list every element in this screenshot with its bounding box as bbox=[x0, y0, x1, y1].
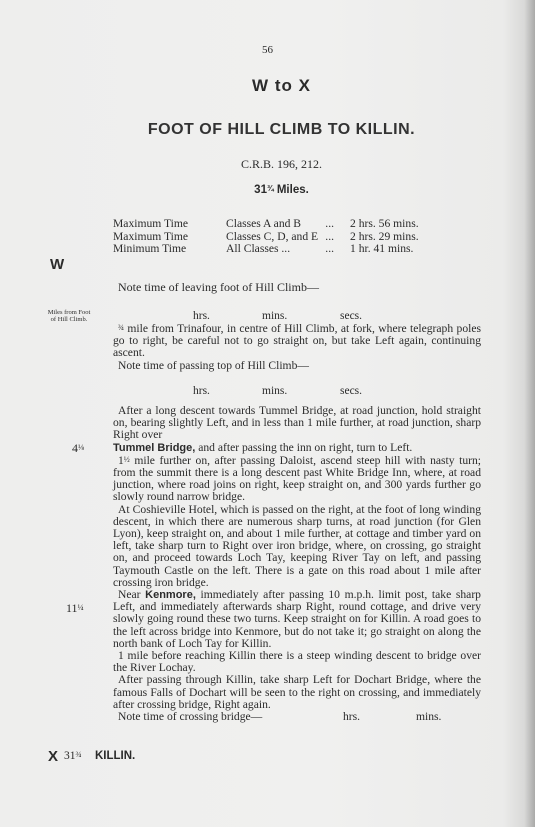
trinafour-paragraph: ¾ mile from Trinafour, in centre of Hill… bbox=[113, 322, 481, 372]
book-page: 56 W to X FOOT OF HILL CLIMB TO KILLIN. … bbox=[0, 0, 535, 827]
daloist-paragraph: 1½ mile further on, after passing Dalois… bbox=[113, 454, 481, 504]
route-distance: 31¾ Miles. bbox=[0, 184, 535, 196]
lochay-paragraph: 1 mile before reaching Killin there is a… bbox=[113, 650, 481, 674]
page-number: 56 bbox=[0, 44, 535, 56]
route-title: FOOT OF HILL CLIMB TO KILLIN. bbox=[0, 121, 535, 139]
section-heading: W to X bbox=[0, 76, 535, 96]
end-marker: X bbox=[48, 748, 58, 765]
note-top: Note time of passing top of Hill Climb— bbox=[113, 360, 481, 372]
tummel-paragraph: Tummel Bridge, and after passing the inn… bbox=[113, 442, 481, 454]
end-place: KILLIN. bbox=[95, 750, 135, 762]
time-limits-table: Maximum Time Classes A and B... 2 hrs. 5… bbox=[113, 218, 419, 256]
crb-reference: C.R.B. 196, 212. bbox=[0, 157, 535, 172]
note-leaving: Note time of leaving foot of Hill Climb— bbox=[118, 280, 319, 295]
dochart-paragraph: After passing through Killin, take sharp… bbox=[113, 674, 481, 711]
time-row: Maximum Time Classes A and B... 2 hrs. 5… bbox=[113, 218, 419, 231]
route-directions: After a long descent towards Tummel Brid… bbox=[113, 405, 481, 723]
time-entry-2: hrs. mins. secs. bbox=[0, 385, 535, 399]
note-bridge: Note time of crossing bridge— hrs. mins. bbox=[113, 711, 481, 723]
end-mile-marker: 31¾ bbox=[64, 750, 82, 762]
descent-paragraph: After a long descent towards Tummel Brid… bbox=[113, 405, 481, 442]
time-row: Minimum Time All Classes ...... 1 hr. 41… bbox=[113, 243, 419, 256]
start-marker: W bbox=[50, 256, 64, 273]
mile-marker-tummel: 4⅛ bbox=[72, 441, 84, 456]
coshieville-paragraph: At Coshieville Hotel, which is passed on… bbox=[113, 504, 481, 589]
mile-marker-kenmore: 11¼ bbox=[66, 601, 84, 616]
kenmore-paragraph: Near Kenmore, immediately after passing … bbox=[113, 589, 481, 650]
